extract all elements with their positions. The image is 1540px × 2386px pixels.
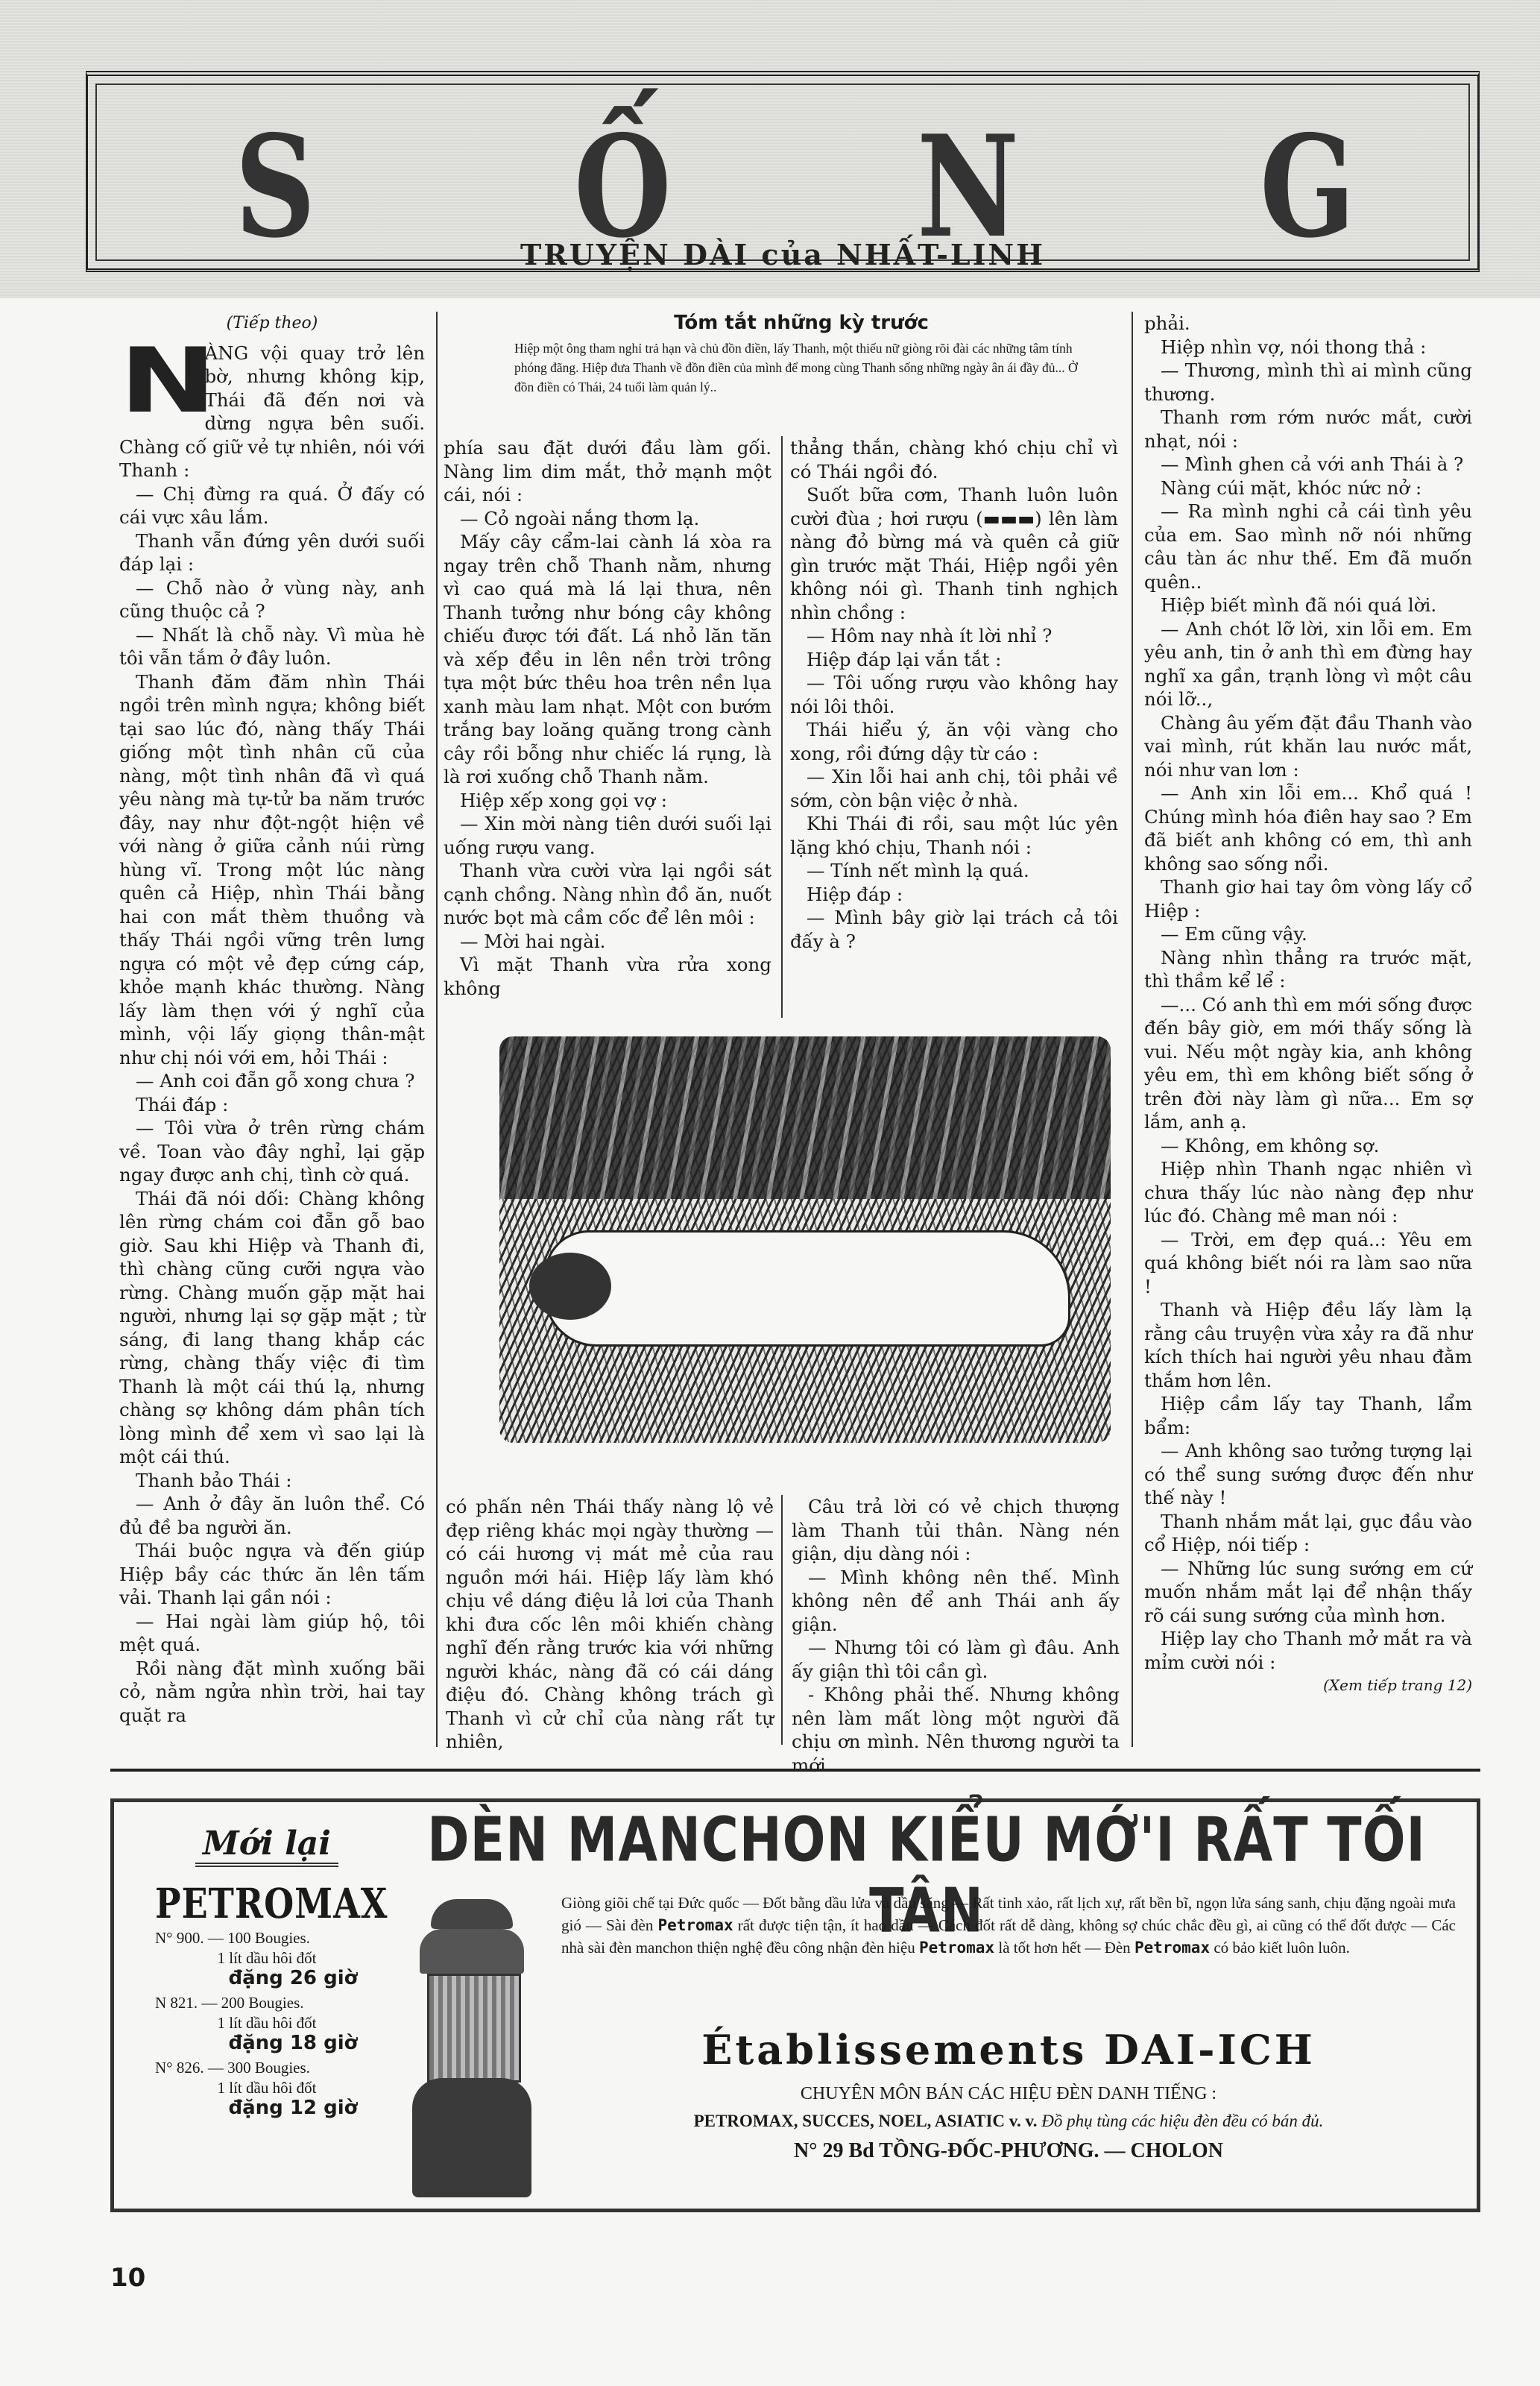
ad-brand: PETROMAX: [155, 1880, 379, 1928]
paragraph: có phấn nên Thái thấy nàng lộ vẻ đẹp riê…: [446, 1495, 774, 1754]
paragraph: thẳng thắn, chàng khó chịu chỉ vì có Thá…: [790, 436, 1118, 483]
paragraph: — Trời, em đẹp quá..: Yêu em quá không b…: [1144, 1228, 1472, 1299]
paragraph: — Chị đừng ra quá. Ở đấy có cái vực xâu …: [119, 482, 425, 529]
paragraph: — Nhất là chỗ này. Vì mùa hè tôi vẫn tắm…: [119, 623, 425, 670]
article-column-1: (Tiếp theo) NÀNG vội quay trở lên bờ, nh…: [119, 312, 425, 1727]
paragraph: Thanh vừa cười vừa lại ngồi sát cạnh chồ…: [444, 859, 771, 930]
ad-specialty: CHUYÊN MÔN BÁN CÁC HIỆU ĐÈN DANH TIẾNG :: [561, 2084, 1456, 2104]
paragraph: — Thương, mình thì ai mình cũng thương.: [1144, 359, 1472, 406]
paragraph: — Tôi vừa ở trên rừng chám về. Toan vào …: [119, 1116, 425, 1187]
paragraph: - Không phải thế. Nhưng không nên làm mấ…: [792, 1683, 1120, 1777]
forest-background: [499, 1036, 1111, 1199]
summary-text: Hiệp một ông tham nghỉ trả hạn và chủ đồ…: [477, 339, 1126, 397]
title-letter-s: S: [235, 127, 315, 248]
paragraph: Thái hiểu ý, ăn vội vàng cho xong, rồi đ…: [790, 718, 1118, 765]
paragraph: — Chỗ nào ở vùng này, anh cũng thuộc cả …: [119, 576, 425, 623]
reclining-figure: [544, 1230, 1070, 1347]
paragraph: Chàng âu yếm đặt đầu Thanh vào vai mình,…: [1144, 711, 1472, 782]
page-number: 10: [110, 2263, 145, 2293]
masthead: S Ố N G TRUYỆN DÀI của NHẤT-LINH: [86, 71, 1480, 272]
paragraph: Khi Thái đi rồi, sau một lúc yên lặng kh…: [790, 812, 1118, 859]
title-letter-g: G: [1260, 127, 1355, 248]
masthead-subtitle: TRUYỆN DÀI của NHẤT-LINH: [97, 238, 1468, 271]
paragraph: Nàng cúi mặt, khóc nức nở :: [1144, 476, 1472, 500]
ad-model-list: Mới lại PETROMAX N° 900. — 100 Bougies. …: [155, 1825, 379, 2118]
ad-model: N 821. — 200 Bougies. 1 lít dầu hôi đốt …: [155, 1993, 379, 2053]
paragraph: — Tôi uống rượu vào không hay nói lôi th…: [790, 671, 1118, 718]
masthead-frame: S Ố N G TRUYỆN DÀI của NHẤT-LINH: [95, 84, 1470, 261]
paragraph: Thái đã nói dối: Chàng không lên rừng ch…: [119, 1187, 425, 1469]
paragraph: Suốt bữa cơm, Thanh luôn luôn cười đùa ;…: [790, 483, 1118, 624]
paragraph: — Những lúc sung sướng em cứ muốn nhắm m…: [1144, 1557, 1472, 1628]
paragraph: Hiệp nhìn Thanh ngạc nhiên vì chưa thấy …: [1144, 1157, 1472, 1228]
paragraph: — Em cũng vậy.: [1144, 922, 1472, 946]
paragraph: — Không, em không sợ.: [1144, 1134, 1472, 1158]
paragraph: — Mời hai ngài.: [444, 930, 771, 954]
title-letter-n: N: [917, 127, 1019, 248]
paragraph: — Mình bây giờ lại trách cả tôi đấy à ?: [790, 906, 1118, 953]
paragraph: — Xin mời nàng tiên dưới suối lại uống r…: [444, 812, 771, 859]
paragraph: — Cỏ ngoài nắng thơm lạ.: [444, 507, 771, 531]
paragraph: Thanh và Hiệp đều lấy làm lạ rằng câu tr…: [1144, 1298, 1472, 1392]
ad-company: Établissements DAI-ICH: [561, 2026, 1456, 2074]
paragraph: phía sau đặt dưới đầu làm gối. Nàng lim …: [444, 436, 771, 507]
paragraph: Thái đáp :: [119, 1093, 425, 1117]
paragraph: — Anh chót lỡ lời, xin lỗi em. Em yêu an…: [1144, 617, 1472, 711]
article-column-2-bottom: có phấn nên Thái thấy nàng lộ vẻ đẹp riê…: [446, 1495, 774, 1754]
paragraph: phải.: [1144, 312, 1472, 336]
figure-hair: [529, 1253, 611, 1320]
drop-cap: N: [119, 346, 217, 418]
paragraph: — Xin lỗi hai anh chị, tôi phải về sớm, …: [790, 765, 1118, 812]
paragraph: — Mình ghen cả với anh Thái à ?: [1144, 453, 1472, 476]
paragraph: Hiệp lay cho Thanh mở mắt ra và mỉm cười…: [1144, 1627, 1472, 1674]
paragraph: — Anh coi đẵn gỗ xong chưa ?: [119, 1069, 425, 1093]
paragraph: Thanh vẫn đứng yên dưới suối đáp lại :: [119, 529, 425, 576]
column-divider: [436, 312, 438, 1747]
ad-brands-line: PETROMAX, SUCCES, NOEL, ASIATIC v. v. Đồ…: [561, 2112, 1456, 2131]
paragraph: Thái buộc ngựa và đến giúp Hiệp bầy các …: [119, 1539, 425, 1610]
petromax-advertisement: Mới lại PETROMAX N° 900. — 100 Bougies. …: [110, 1798, 1480, 2212]
article-column-3-bottom: Câu trả lời có vẻ chịch thượng làm Thanh…: [792, 1495, 1120, 1777]
paragraph: — Tính nết mình lạ quá.: [790, 859, 1118, 883]
paragraph: Mấy cây cẩm-lai cành lá xòa ra ngay trên…: [444, 530, 771, 789]
paragraph: Thanh bảo Thái :: [119, 1469, 425, 1493]
paragraph: Vì mặt Thanh vừa rửa xong không: [444, 953, 771, 1000]
paragraph: — Anh ở đây ăn luôn thể. Có đủ đề ba ngư…: [119, 1492, 425, 1539]
paragraph: Câu trả lời có vẻ chịch thượng làm Thanh…: [792, 1495, 1120, 1566]
paragraph: Thanh đăm đăm nhìn Thái ngồi trên mình n…: [119, 670, 425, 1070]
paragraph: — Anh xin lỗi em... Khổ quá ! Chúng mình…: [1144, 781, 1472, 875]
ad-body: Giòng giõi chế tại Đức quốc — Đốt bằng d…: [561, 1892, 1456, 1959]
paragraph: Hiệp đáp :: [790, 883, 1118, 907]
paragraph: Hiệp cầm lấy tay Thanh, lẩm bẩm:: [1144, 1392, 1472, 1439]
summary-box: Tóm tắt những kỳ trước Hiệp một ông tham…: [477, 312, 1126, 397]
paragraph: — Hôm nay nhà ít lời nhỉ ?: [790, 624, 1118, 648]
story-illustration: [499, 1036, 1111, 1443]
ad-address: N° 29 Bd TỒNG-ĐỐC-PHƯƠNG. — CHOLON: [561, 2139, 1456, 2163]
paragraph: Hiệp nhìn vợ, nói thong thả :: [1144, 336, 1472, 359]
section-rule: [110, 1769, 1480, 1772]
summary-heading: Tóm tắt những kỳ trước: [477, 312, 1126, 334]
paragraph: Rồi nàng đặt mình xuống bãi cỏ, nằm ngửa…: [119, 1657, 425, 1728]
paragraph: —... Có anh thì em mới sống được đến bây…: [1144, 993, 1472, 1134]
column-divider: [1132, 312, 1133, 1747]
paragraph: Hiệp đáp lại vắn tắt :: [790, 648, 1118, 672]
paragraph: Hiệp biết mình đã nói quá lời.: [1144, 594, 1472, 617]
article-column-2-top: phía sau đặt dưới đầu làm gối. Nàng lim …: [444, 436, 771, 1000]
article-column-4: phải. Hiệp nhìn vợ, nói thong thả : — Th…: [1144, 312, 1472, 1698]
article-column-3-top: thẳng thắn, chàng khó chịu chỉ vì có Thá…: [790, 436, 1118, 953]
paragraph: NÀNG vội quay trở lên bờ, nhưng không kị…: [119, 341, 425, 482]
paragraph: Hiệp xếp xong gọi vợ :: [444, 789, 771, 813]
paragraph: Nàng nhìn thẳng ra trước mặt, thì thầm k…: [1144, 946, 1472, 993]
paragraph: — Hai ngài làm giúp hộ, tôi mệt quá.: [119, 1610, 425, 1657]
paragraph: — Ra mình nghi cả cái tình yêu của em. S…: [1144, 500, 1472, 594]
column-divider: [781, 1495, 783, 1745]
paragraph: — Anh không sao tưởng tượng lại có thể s…: [1144, 1439, 1472, 1510]
paragraph: — Mình không nên thế. Mình không nên để …: [792, 1566, 1120, 1637]
title-letter-o: Ố: [574, 127, 672, 248]
continued-to-label: (Xem tiếp trang 12): [1144, 1674, 1472, 1698]
ad-model: N° 900. — 100 Bougies. 1 lít dầu hôi đốt…: [155, 1928, 379, 1989]
ad-tagline: Mới lại: [195, 1825, 338, 1867]
ad-model: N° 826. — 300 Bougies. 1 lít dầu hôi đốt…: [155, 2058, 379, 2118]
paragraph: Thanh rơm rớm nước mắt, cười nhạt, nói :: [1144, 406, 1472, 453]
paragraph: Thanh nhắm mắt lại, gục đầu vào cổ Hiệp,…: [1144, 1510, 1472, 1557]
paragraph: Thanh giơ hai tay ôm vòng lấy cổ Hiệp :: [1144, 875, 1472, 922]
column-divider: [781, 436, 783, 1018]
paragraph: — Nhưng tôi có làm gì đâu. Anh ấy giận t…: [792, 1636, 1120, 1683]
